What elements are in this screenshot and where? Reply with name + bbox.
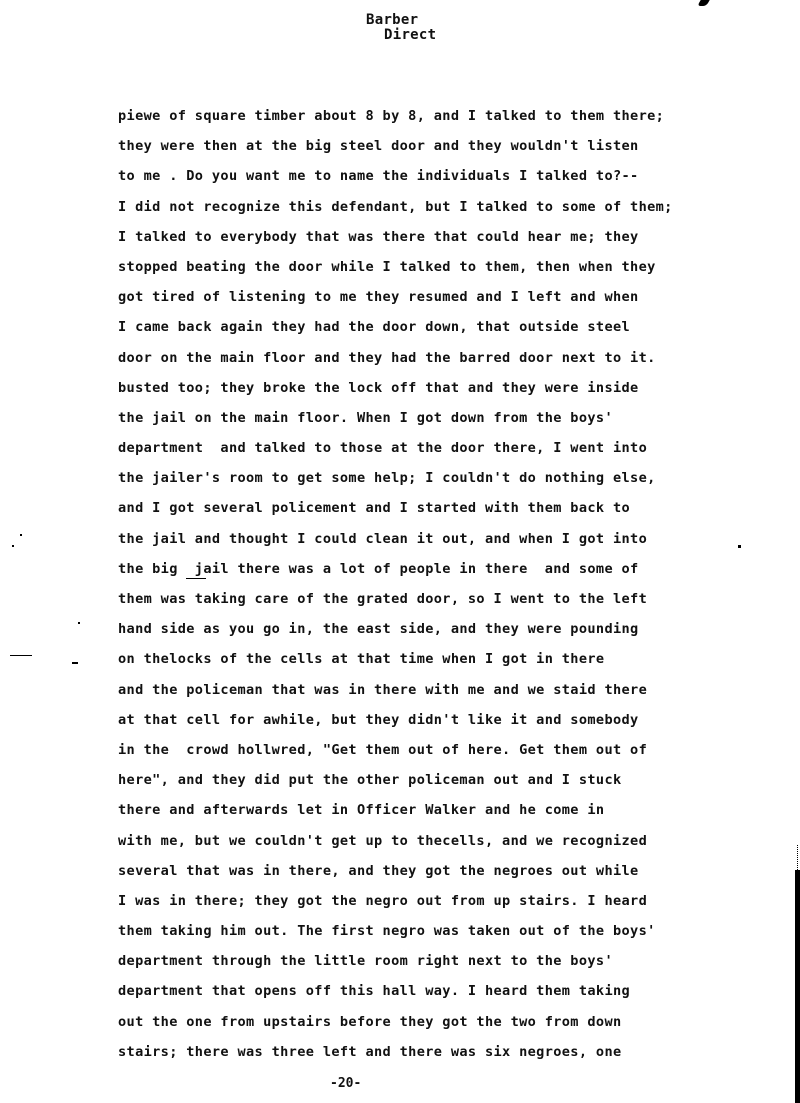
scan-speck (738, 545, 741, 548)
text-line: department through the little room right… (118, 946, 798, 976)
text-line: out the one from upstairs before they go… (118, 1007, 798, 1037)
scan-speck (20, 534, 22, 536)
text-line: the jail on the main floor. When I got d… (118, 403, 798, 433)
scan-speck (72, 662, 78, 664)
text-line: on thelocks of the cells at that time wh… (118, 644, 798, 674)
examination-type-heading: Direct (384, 27, 436, 43)
text-line: I was in there; they got the negro out f… (118, 886, 798, 916)
scan-speck (10, 655, 32, 656)
transcript-body: piewe of square timber about 8 by 8, and… (118, 101, 798, 1067)
scan-mark (697, 0, 709, 6)
scan-speck (12, 545, 14, 547)
text-line: there and afterwards let in Officer Walk… (118, 795, 798, 825)
text-line: got tired of listening to me they resume… (118, 282, 798, 312)
text-line: busted too; they broke the lock off that… (118, 373, 798, 403)
text-line: they were then at the big steel door and… (118, 131, 798, 161)
text-line: I did not recognize this defendant, but … (118, 192, 798, 222)
text-line: stairs; there was three left and there w… (118, 1037, 798, 1067)
text-line: I talked to everybody that was there tha… (118, 222, 798, 252)
scan-edge-shadow (795, 870, 800, 1103)
page-number: -20- (330, 1076, 361, 1091)
text-line: in the crowd hollwred, "Get them out of … (118, 735, 798, 765)
text-line: piewe of square timber about 8 by 8, and… (118, 101, 798, 131)
text-line: the jailer's room to get some help; I co… (118, 463, 798, 493)
text-line: with me, but we couldn't get up to thece… (118, 826, 798, 856)
text-line: I came back again they had the door down… (118, 312, 798, 342)
text-line: them taking him out. The first negro was… (118, 916, 798, 946)
text-line: to me . Do you want me to name the indiv… (118, 161, 798, 191)
text-line: stopped beating the door while I talked … (118, 252, 798, 282)
scan-speck (78, 622, 80, 624)
text-line: and the policeman that was in there with… (118, 675, 798, 705)
text-line: them was taking care of the grated door,… (118, 584, 798, 614)
document-page: Barber Direct piewe of square timber abo… (0, 0, 800, 1103)
text-line: hand side as you go in, the east side, a… (118, 614, 798, 644)
text-line: several that was in there, and they got … (118, 856, 798, 886)
text-line: the jail and thought I could clean it ou… (118, 524, 798, 554)
text-line: at that cell for awhile, but they didn't… (118, 705, 798, 735)
text-line: door on the main floor and they had the … (118, 343, 798, 373)
text-line: the big jail there was a lot of people i… (118, 554, 798, 584)
witness-name-heading: Barber (366, 12, 418, 28)
scan-speck (186, 578, 206, 579)
text-line: here", and they did put the other police… (118, 765, 798, 795)
text-line: and I got several policement and I start… (118, 493, 798, 523)
text-line: department and talked to those at the do… (118, 433, 798, 463)
text-line: department that opens off this hall way.… (118, 976, 798, 1006)
